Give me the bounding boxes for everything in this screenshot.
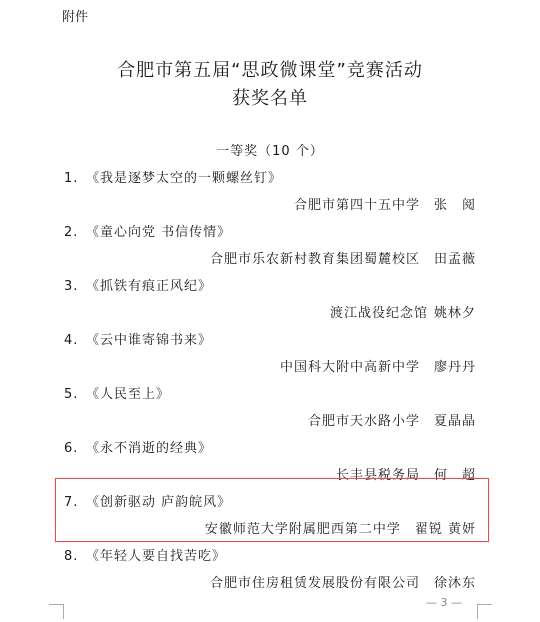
entry-title: 8.《年轻人要自找苦吃》 [64,545,226,564]
entry-number: 5. [64,387,86,402]
entry-people: 张 阅 [434,198,476,213]
entry-number: 1. [64,171,86,186]
entry-people: 田孟薇 [434,252,476,267]
entry-number: 7. [64,495,86,510]
entry-author: 渡江战役纪念馆姚林夕 [330,302,476,321]
document-subtitle: 获奖名单 [0,84,540,110]
entry-org: 渡江战役纪念馆 [330,306,428,321]
entry-title-text: 《云中谁寄锦书来》 [86,333,212,348]
crop-mark-right-icon [477,604,492,619]
entry-org: 合肥市乐农新村教育集团蜀麓校区 [210,252,420,267]
entry-title: 5.《人民至上》 [64,383,170,402]
entry-title: 6.《永不消逝的经典》 [64,437,212,456]
entry-people: 翟锐 黄妍 [415,522,476,537]
entry-title: 2.《童心向党 书信传情》 [64,221,231,240]
entry-org: 安徽师范大学附属肥西第二中学 [205,522,401,537]
section-heading-first-prize: 一等奖（10 个） [0,140,540,159]
entry-number: 8. [64,549,86,564]
entry-people: 姚林夕 [434,306,476,321]
entry-title-text: 《我是逐梦太空的一颗螺丝钉》 [86,171,282,186]
crop-mark-left-icon [49,604,64,619]
entry-number: 2. [64,225,86,240]
entry-org: 合肥市第四十五中学 [294,198,420,213]
entry-org: 合肥市住房租赁发展股份有限公司 [210,576,420,591]
entry-people: 廖丹丹 [434,360,476,375]
attachment-label: 附件 [62,6,88,25]
entry-author-highlighted: 安徽师范大学附属肥西第二中学翟锐 黄妍 [205,518,476,537]
entry-org: 中国科大附中高新中学 [280,360,420,375]
entry-people: 徐沐东 [434,576,476,591]
entry-number: 3. [64,279,86,294]
entry-title-text: 《抓铁有痕正风纪》 [86,279,212,294]
entry-author: 合肥市天水路小学夏晶晶 [308,410,476,429]
document-title: 合肥市第五届“思政微课堂”竞赛活动 [0,56,540,82]
entry-author: 中国科大附中高新中学廖丹丹 [280,356,476,375]
entry-title: 3.《抓铁有痕正风纪》 [64,275,212,294]
entry-people: 夏晶晶 [434,414,476,429]
entry-org: 合肥市天水路小学 [308,414,420,429]
entry-author: 合肥市乐农新村教育集团蜀麓校区田孟薇 [210,248,476,267]
entry-title-text: 《创新驱动 庐韵皖风》 [86,495,231,510]
entry-title-text: 《人民至上》 [86,387,170,402]
entry-title-highlighted: 7.《创新驱动 庐韵皖风》 [64,491,231,510]
entry-title: 4.《云中谁寄锦书来》 [64,329,212,348]
entry-number: 6. [64,441,86,456]
entry-number: 4. [64,333,86,348]
entry-title: 1.《我是逐梦太空的一颗螺丝钉》 [64,167,282,186]
entry-title-text: 《年轻人要自找苦吃》 [86,549,226,564]
entry-title-text: 《童心向党 书信传情》 [86,225,231,240]
entry-title-text: 《永不消逝的经典》 [86,441,212,456]
page-number: — 3 — [426,596,462,609]
entry-author: 合肥市第四十五中学张 阅 [294,194,476,213]
entry-author: 合肥市住房租赁发展股份有限公司徐沐东 [210,572,476,591]
